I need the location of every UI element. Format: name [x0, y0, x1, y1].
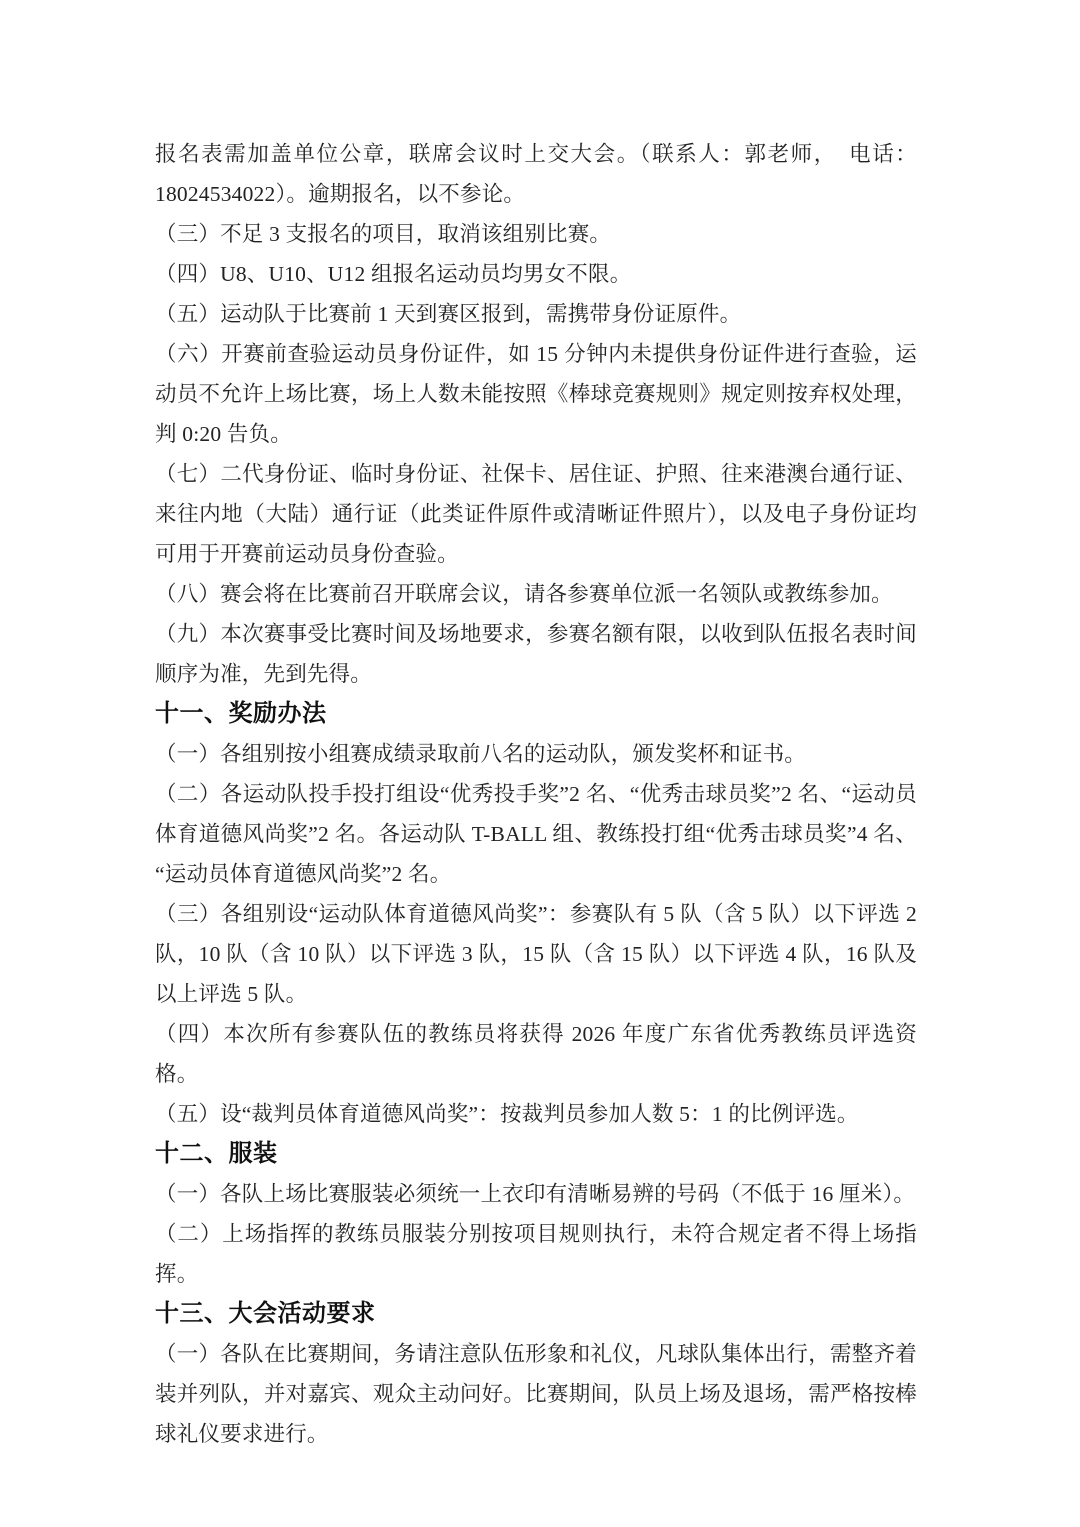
paragraph-awards-3: （三）各组别设“运动队体育道德风尚奖”：参赛队有 5 队（含 5 队）以下评选 …	[155, 894, 917, 1014]
paragraph-item-4: （四）U8、U10、U12 组报名运动员均男女不限。	[155, 254, 917, 294]
paragraph-awards-1: （一）各组别按小组赛成绩录取前八名的运动队，颁发奖杯和证书。	[155, 734, 917, 774]
document-body: { "page": { "colors": { "background": "#…	[0, 0, 1080, 1527]
section-heading-uniform: 十二、服装	[155, 1134, 917, 1174]
paragraph-uniform-1: （一）各队上场比赛服装必须统一上衣印有清晰易辨的号码（不低于 16 厘米）。	[155, 1174, 917, 1214]
paragraph-awards-4: （四）本次所有参赛队伍的教练员将获得 2026 年度广东省优秀教练员评选资格。	[155, 1014, 917, 1094]
paragraph-continuation: 报名表需加盖单位公章，联席会议时上交大会。（联系人：郭老师， 电话：180245…	[155, 134, 917, 214]
document-page: 报名表需加盖单位公章，联席会议时上交大会。（联系人：郭老师， 电话：180245…	[0, 0, 1080, 1527]
paragraph-item-7: （七）二代身份证、临时身份证、社保卡、居住证、护照、往来港澳台通行证、来往内地（…	[155, 454, 917, 574]
paragraph-awards-5: （五）设“裁判员体育道德风尚奖”：按裁判员参加人数 5：1 的比例评选。	[155, 1094, 917, 1134]
paragraph-item-8: （八）赛会将在比赛前召开联席会议，请各参赛单位派一名领队或教练参加。	[155, 574, 917, 614]
paragraph-uniform-2: （二）上场指挥的教练员服装分别按项目规则执行，未符合规定者不得上场指挥。	[155, 1214, 917, 1294]
paragraph-item-6: （六）开赛前查验运动员身份证件，如 15 分钟内未提供身份证件进行查验，运动员不…	[155, 334, 917, 454]
paragraph-item-3: （三）不足 3 支报名的项目，取消该组别比赛。	[155, 214, 917, 254]
section-heading-activity: 十三、大会活动要求	[155, 1294, 917, 1334]
paragraph-awards-2: （二）各运动队投手投打组设“优秀投手奖”2 名、“优秀击球员奖”2 名、“运动员…	[155, 774, 917, 894]
section-heading-awards: 十一、奖励办法	[155, 694, 917, 734]
paragraph-activity-1: （一）各队在比赛期间，务请注意队伍形象和礼仪，凡球队集体出行，需整齐着装并列队，…	[155, 1334, 917, 1454]
paragraph-item-5: （五）运动队于比赛前 1 天到赛区报到，需携带身份证原件。	[155, 294, 917, 334]
paragraph-item-9: （九）本次赛事受比赛时间及场地要求，参赛名额有限，以收到队伍报名表时间顺序为准，…	[155, 614, 917, 694]
